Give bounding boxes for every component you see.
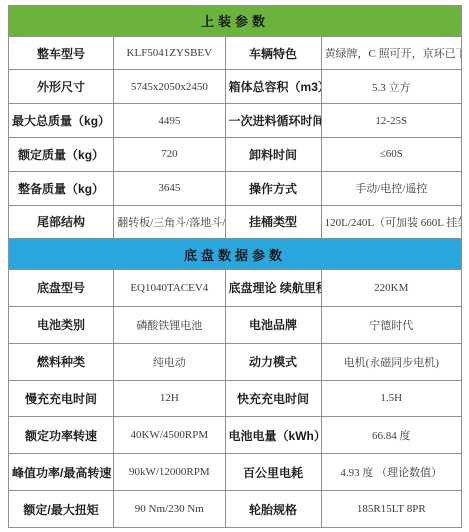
spec-label: 电池品牌	[225, 306, 321, 343]
spec-value: 5745x2050x2450	[114, 70, 225, 104]
spec-label: 动力模式	[225, 343, 321, 380]
table-row: 底盘型号EQ1040TACEV4底盘理论 续航里程220KM	[9, 270, 462, 307]
spec-label: 额定质量（kg）	[9, 138, 114, 172]
spec-value: 185R15LT 8PR	[321, 491, 461, 528]
spec-label: 慢充充电时间	[9, 380, 114, 417]
spec-label: 轮胎规格	[225, 491, 321, 528]
spec-value: 12-25S	[321, 104, 461, 138]
spec-value: 磷酸铁锂电池	[114, 306, 225, 343]
table-row: 最大总质量（kg）4495一次进料循环时间12-25S	[9, 104, 462, 138]
spec-table-body: 上装参数整车型号KLF5041ZYSBEV车辆特色黄绿牌，C 照可开，京环已下发…	[9, 6, 462, 528]
table-row: 峰值功率/最高转速90kW/12000RPM百公里电耗4.93 度 （理论数值）	[9, 454, 462, 491]
spec-value: 4495	[114, 104, 225, 138]
spec-label: 整车型号	[9, 36, 114, 70]
table-row: 尾部结构翻转板/三角斗/落地斗/摆臂挂桶类型120L/240L（可加装 660L…	[9, 205, 462, 239]
table-row: 整备质量（kg）3645操作方式手动/电控/遥控	[9, 171, 462, 205]
spec-label: 挂桶类型	[225, 205, 321, 239]
section-title: 底盘数据参数	[9, 239, 462, 270]
spec-value: 电机(永磁同步电机)	[321, 343, 461, 380]
spec-value: 手动/电控/遥控	[321, 171, 461, 205]
spec-label: 卸料时间	[225, 138, 321, 172]
table-row: 额定功率转速40KW/4500RPM电池电量（kWh）66.84 度	[9, 417, 462, 454]
spec-label: 燃料种类	[9, 343, 114, 380]
table-row: 额定/最大扭矩90 Nm/230 Nm轮胎规格185R15LT 8PR	[9, 491, 462, 528]
spec-label: 额定/最大扭矩	[9, 491, 114, 528]
table-row: 额定质量（kg）720卸料时间≤60S	[9, 138, 462, 172]
spec-label: 百公里电耗	[225, 454, 321, 491]
spec-value: 40KW/4500RPM	[114, 417, 225, 454]
spec-value: 4.93 度 （理论数值）	[321, 454, 461, 491]
spec-label: 快充充电时间	[225, 380, 321, 417]
table-row: 燃料种类纯电动动力模式电机(永磁同步电机)	[9, 343, 462, 380]
spec-value: KLF5041ZYSBEV	[114, 36, 225, 70]
table-row: 整车型号KLF5041ZYSBEV车辆特色黄绿牌，C 照可开，京环已下发	[9, 36, 462, 70]
spec-value: EQ1040TACEV4	[114, 270, 225, 307]
table-row: 电池类别磷酸铁锂电池电池品牌宁德时代	[9, 306, 462, 343]
spec-value: 5.3 立方	[321, 70, 461, 104]
spec-label: 底盘型号	[9, 270, 114, 307]
spec-label: 电池电量（kWh）	[225, 417, 321, 454]
table-row: 外形尺寸5745x2050x2450箱体总容积（m3）5.3 立方	[9, 70, 462, 104]
spec-label: 外形尺寸	[9, 70, 114, 104]
table-row: 慢充充电时间12H快充充电时间1.5H	[9, 380, 462, 417]
spec-value: 720	[114, 138, 225, 172]
spec-label: 峰值功率/最高转速	[9, 454, 114, 491]
spec-label: 尾部结构	[9, 205, 114, 239]
spec-value: 纯电动	[114, 343, 225, 380]
spec-value: 12H	[114, 380, 225, 417]
spec-label: 一次进料循环时间	[225, 104, 321, 138]
spec-value: 宁德时代	[321, 306, 461, 343]
spec-value: 90kW/12000RPM	[114, 454, 225, 491]
spec-label: 最大总质量（kg）	[9, 104, 114, 138]
spec-value: 1.5H	[321, 380, 461, 417]
spec-value: 66.84 度	[321, 417, 461, 454]
spec-label: 底盘理论 续航里程	[225, 270, 321, 307]
spec-value: 90 Nm/230 Nm	[114, 491, 225, 528]
spec-value: 翻转板/三角斗/落地斗/摆臂	[114, 205, 225, 239]
spec-value: ≤60S	[321, 138, 461, 172]
spec-label: 车辆特色	[225, 36, 321, 70]
section-header-row: 上装参数	[9, 6, 462, 37]
section-header-row: 底盘数据参数	[9, 239, 462, 270]
spec-sheet-page: 上装参数整车型号KLF5041ZYSBEV车辆特色黄绿牌，C 照可开，京环已下发…	[0, 0, 469, 532]
spec-value: 220KM	[321, 270, 461, 307]
spec-label: 电池类别	[9, 306, 114, 343]
spec-label: 操作方式	[225, 171, 321, 205]
spec-label: 箱体总容积（m3）	[225, 70, 321, 104]
spec-value: 3645	[114, 171, 225, 205]
section-title: 上装参数	[9, 6, 462, 37]
spec-value: 120L/240L（可加装 660L 挂架）	[321, 205, 461, 239]
spec-label: 整备质量（kg）	[9, 171, 114, 205]
spec-value: 黄绿牌，C 照可开，京环已下发	[321, 36, 461, 70]
spec-label: 额定功率转速	[9, 417, 114, 454]
spec-table: 上装参数整车型号KLF5041ZYSBEV车辆特色黄绿牌，C 照可开，京环已下发…	[8, 5, 462, 528]
